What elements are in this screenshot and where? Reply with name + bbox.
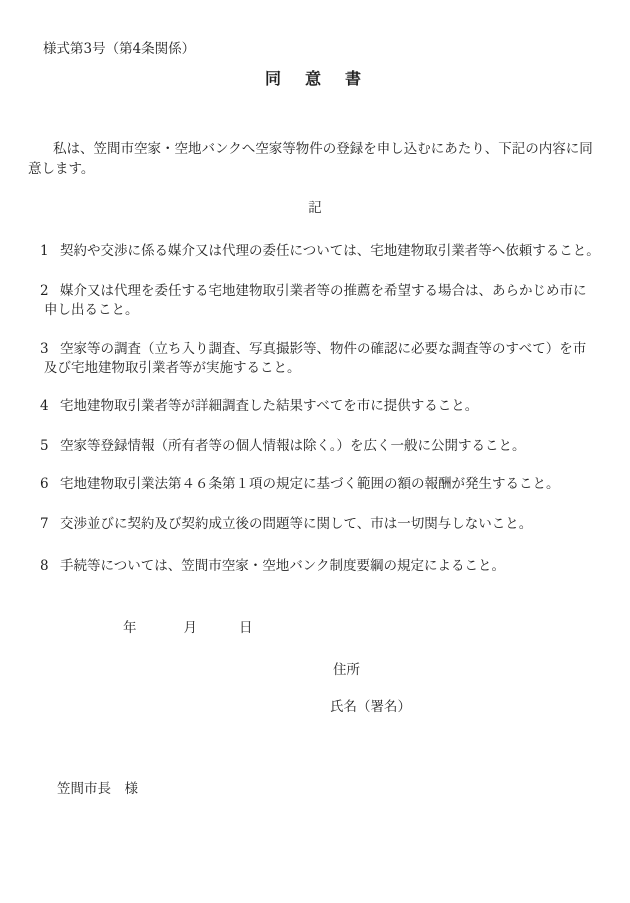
item-number: 4: [40, 397, 60, 416]
item-text: 契約や交渉に係る媒介又は代理の委任については、宅地建物取引業者等へ依頼すること。: [60, 243, 600, 259]
page-title: 同 意 書: [0, 68, 630, 90]
item-line: 8手続等については、笠間市空家・空地バンク制度要綱の規定によること。: [40, 557, 618, 576]
consent-form-page: 様式第3号（第4条関係） 同 意 書 私は、笠間市空家・空地バンクへ空家等物件の…: [0, 0, 630, 903]
item-line: 4宅地建物取引業者等が詳細調査した結果すべてを市に提供すること。: [40, 397, 618, 416]
item-text: 宅地建物取引業者等が詳細調査した結果すべてを市に提供すること。: [60, 398, 478, 414]
item-line: 5空家等登録情報（所有者等の個人情報は除く。）を広く一般に公開すること。: [40, 437, 618, 456]
item-text: 空家等登録情報（所有者等の個人情報は除く。）を広く一般に公開すること。: [60, 438, 525, 454]
day-label: 日: [239, 620, 253, 636]
name-signature-label: 氏名（署名）: [330, 698, 411, 717]
item-number: 8: [40, 557, 60, 576]
intro-paragraph: 私は、笠間市空家・空地バンクへ空家等物件の登録を申し込むにあたり、下記の内容に同…: [28, 139, 610, 179]
item-text: 交渉並びに契約及び契約成立後の問題等に関して、市は一切関与しないこと。: [60, 516, 532, 532]
item-text-continuation: 及び宅地建物取引業者等が実施すること。: [40, 359, 618, 378]
intro-line-1: 私は、笠間市空家・空地バンクへ空家等物件の登録を申し込むにあたり、下記の内容に同: [28, 139, 610, 159]
item-text-continuation: 申し出ること。: [40, 301, 618, 320]
item-number: 7: [40, 515, 60, 534]
item-text: 空家等の調査（立ち入り調査、写真撮影等、物件の確認に必要な調査等のすべて）を市: [60, 341, 586, 357]
ki-marker: 記: [0, 199, 630, 218]
item-number: 6: [40, 475, 60, 494]
consent-item-5: 5空家等登録情報（所有者等の個人情報は除く。）を広く一般に公開すること。: [40, 437, 618, 456]
consent-item-7: 7交渉並びに契約及び契約成立後の問題等に関して、市は一切関与しないこと。: [40, 515, 618, 534]
addressee-mayor-label: 笠間市長 様: [57, 780, 138, 799]
item-number: 5: [40, 437, 60, 456]
item-line: 7交渉並びに契約及び契約成立後の問題等に関して、市は一切関与しないこと。: [40, 515, 618, 534]
item-text: 媒介又は代理を委任する宅地建物取引業者等の推薦を希望する場合は、あらかじめ市に: [60, 283, 587, 299]
year-label: 年: [123, 620, 137, 636]
item-line: 3空家等の調査（立ち入り調査、写真撮影等、物件の確認に必要な調査等のすべて）を市: [40, 340, 618, 359]
address-label: 住所: [333, 661, 360, 680]
consent-item-6: 6宅地建物取引業法第４６条第１項の規定に基づく範囲の額の報酬が発生すること。: [40, 475, 618, 494]
consent-item-2: 2媒介又は代理を委任する宅地建物取引業者等の推薦を希望する場合は、あらかじめ市に…: [40, 282, 618, 320]
item-number: 1: [40, 242, 60, 261]
intro-line-2: 意します。: [28, 159, 610, 179]
item-number: 2: [40, 282, 60, 301]
item-text: 手続等については、笠間市空家・空地バンク制度要綱の規定によること。: [60, 558, 505, 574]
item-line: 6宅地建物取引業法第４６条第１項の規定に基づく範囲の額の報酬が発生すること。: [40, 475, 618, 494]
form-number: 様式第3号（第4条関係）: [43, 40, 195, 59]
consent-item-1: 1契約や交渉に係る媒介又は代理の委任については、宅地建物取引業者等へ依頼すること…: [40, 242, 618, 261]
consent-item-3: 3空家等の調査（立ち入り調査、写真撮影等、物件の確認に必要な調査等のすべて）を市…: [40, 340, 618, 378]
item-line: 1契約や交渉に係る媒介又は代理の委任については、宅地建物取引業者等へ依頼すること…: [40, 242, 618, 261]
item-text: 宅地建物取引業法第４６条第１項の規定に基づく範囲の額の報酬が発生すること。: [60, 476, 560, 492]
month-label: 月: [184, 620, 198, 636]
consent-item-4: 4宅地建物取引業者等が詳細調査した結果すべてを市に提供すること。: [40, 397, 618, 416]
date-line: 年月日: [123, 619, 253, 638]
consent-item-8: 8手続等については、笠間市空家・空地バンク制度要綱の規定によること。: [40, 557, 618, 576]
item-number: 3: [40, 340, 60, 359]
item-line: 2媒介又は代理を委任する宅地建物取引業者等の推薦を希望する場合は、あらかじめ市に: [40, 282, 618, 301]
